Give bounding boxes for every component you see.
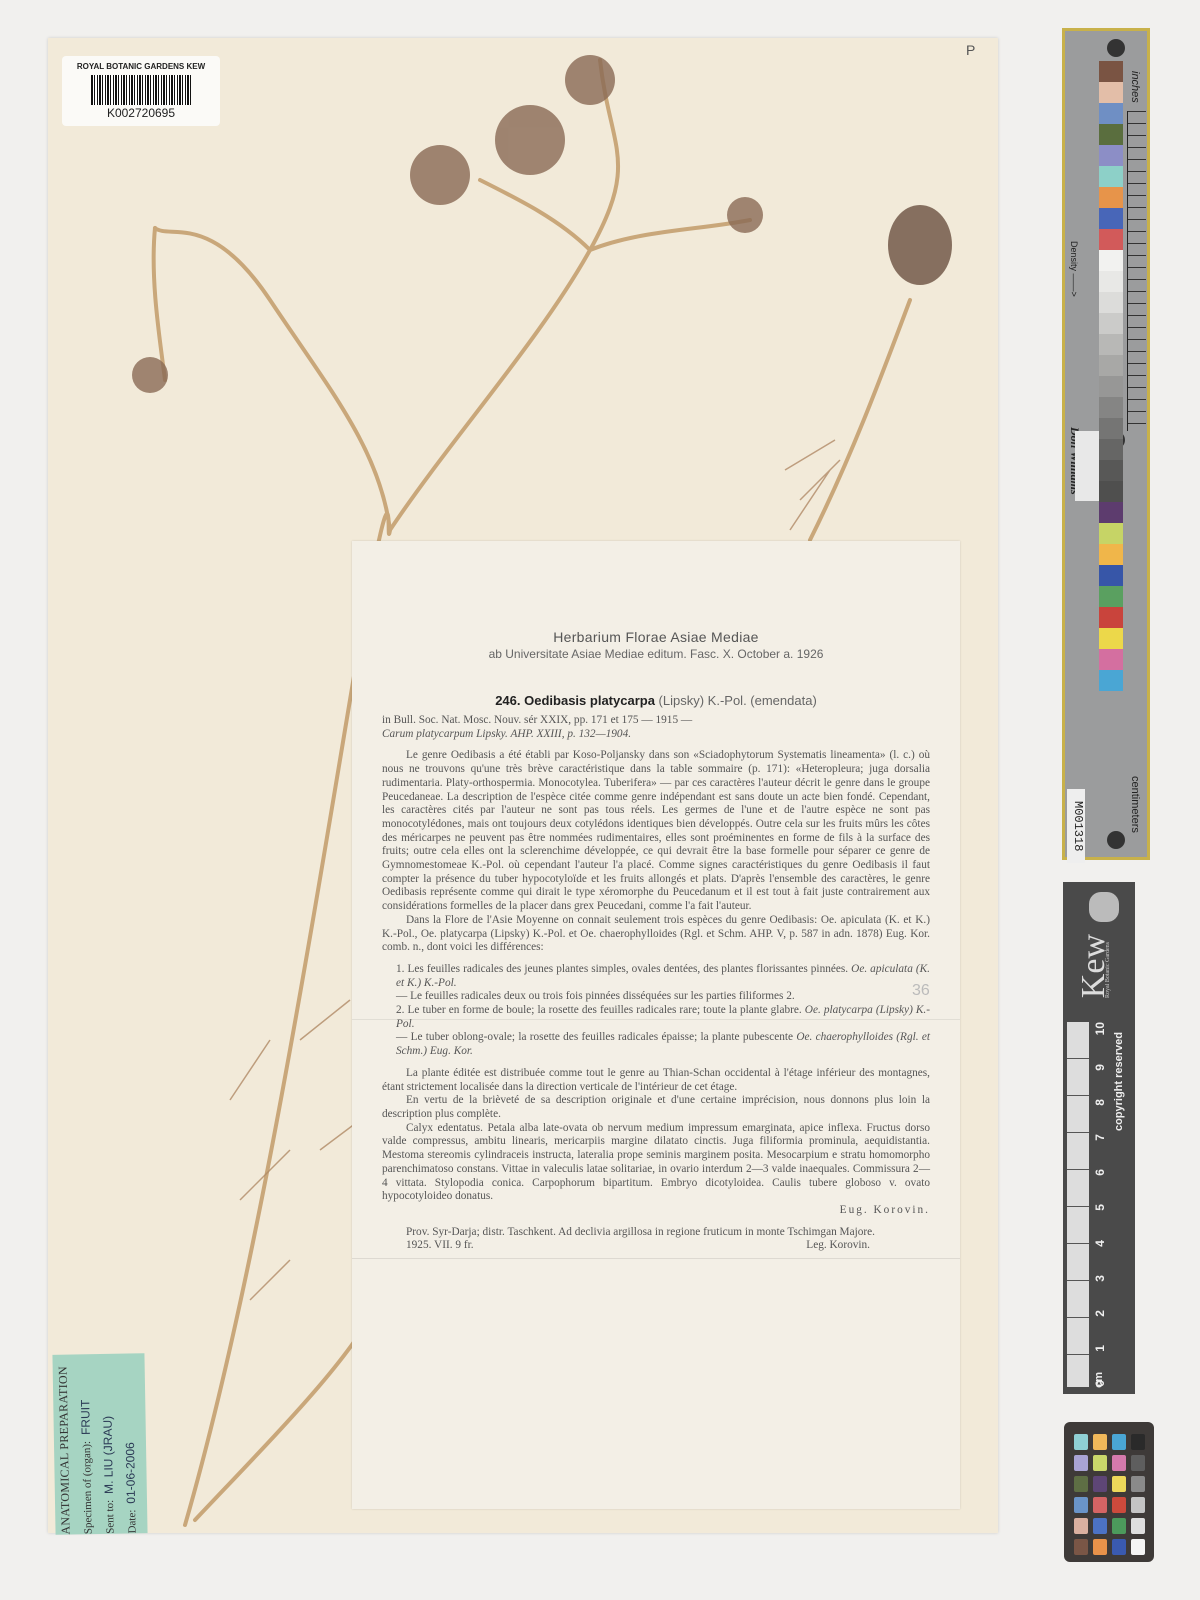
- color-swatch: [1099, 376, 1123, 397]
- color-swatch: [1099, 229, 1123, 250]
- printed-label: Herbarium Florae Asiae Mediae ab Univers…: [352, 541, 960, 1509]
- anat-heading: ANATOMICAL PREPARATION: [51, 1354, 76, 1534]
- color-swatch: [1099, 145, 1123, 166]
- color-patch: [1112, 1455, 1126, 1471]
- color-patch: [1112, 1476, 1126, 1492]
- genus-paragraph: Le genre Oedibasis a été établi par Koso…: [382, 749, 930, 913]
- color-swatch: [1099, 166, 1123, 187]
- density-label: Density ——>: [1069, 241, 1079, 297]
- color-patch: [1074, 1497, 1088, 1513]
- description-intro: En vertu de la brièveté de sa descriptio…: [382, 1094, 930, 1121]
- color-swatch: [1099, 271, 1123, 292]
- color-swatch: [1099, 607, 1123, 628]
- color-patch: [1074, 1434, 1088, 1450]
- cm-tick: 6: [1093, 1169, 1107, 1176]
- cm-tick: 3: [1093, 1275, 1107, 1282]
- anatomical-preparation-label: ANATOMICAL PREPARATION Specimen of (orga…: [52, 1353, 147, 1535]
- cm-tick: 9: [1093, 1064, 1107, 1071]
- color-swatch: [1099, 649, 1123, 670]
- color-swatch: [1099, 670, 1123, 691]
- description-author: Eug. Korovin.: [382, 1204, 930, 1218]
- kew-crest-icon: [1089, 892, 1119, 922]
- cm-unit: cm: [1093, 1372, 1105, 1388]
- color-swatch: [1099, 250, 1123, 271]
- color-patch: [1112, 1497, 1126, 1513]
- kew-scale-bar: Kew Royal Botanic Gardens 012345678910 c…: [1063, 882, 1135, 1394]
- species-number: 246.: [495, 693, 520, 708]
- color-swatch: [1099, 460, 1123, 481]
- key-item: 1. Les feuilles radicales des jeunes pla…: [396, 963, 930, 990]
- scale-code: M001318: [1067, 789, 1085, 863]
- color-patch: [1131, 1434, 1145, 1450]
- color-swatch: [1099, 544, 1123, 565]
- color-swatch: [1099, 334, 1123, 355]
- color-swatch: [1099, 82, 1123, 103]
- color-patch: [1074, 1455, 1088, 1471]
- hole-icon: [1107, 39, 1125, 57]
- cm-tick: 2: [1093, 1310, 1107, 1317]
- color-swatch: [1099, 292, 1123, 313]
- inch-ruler: [1127, 111, 1146, 431]
- color-swatch: [1099, 502, 1123, 523]
- species-authority: (Lipsky) K.-Pol. (emendata): [659, 693, 817, 708]
- color-swatch: [1099, 103, 1123, 124]
- color-swatch: [1099, 397, 1123, 418]
- species-paragraph: Dans la Flore de l'Asie Moyenne on conna…: [382, 914, 930, 955]
- color-swatch: [1099, 313, 1123, 334]
- color-swatch: [1099, 481, 1123, 502]
- color-patch: [1093, 1539, 1107, 1555]
- inches-label: inches: [1129, 71, 1141, 103]
- color-patch: [1131, 1518, 1145, 1534]
- distribution-paragraph: La plante éditée est distribuée comme to…: [382, 1067, 930, 1094]
- color-swatch: [1099, 439, 1123, 460]
- color-swatch: [1099, 187, 1123, 208]
- sent-to: M. LIU (JRAU): [101, 1416, 116, 1494]
- color-patch: [1131, 1455, 1145, 1471]
- specimen-organ: FRUIT: [78, 1400, 93, 1436]
- color-patch: [1131, 1476, 1145, 1492]
- color-patch: [1112, 1434, 1126, 1450]
- label-title: Herbarium Florae Asiae Mediae: [352, 629, 960, 645]
- cm-tick: 7: [1093, 1134, 1107, 1141]
- latin-description: Calyx edentatus. Petala alba late-ovata …: [382, 1122, 930, 1204]
- citation-1: in Bull. Soc. Nat. Mosc. Nouv. sér XXIX,…: [382, 714, 930, 728]
- color-patch: [1074, 1476, 1088, 1492]
- color-swatch: [1099, 61, 1123, 82]
- color-patch: [1093, 1455, 1107, 1471]
- color-patch: [1131, 1539, 1145, 1555]
- cm-tick: 1: [1093, 1345, 1107, 1352]
- label-subtitle: ab Universitate Asiae Mediae editum. Fas…: [352, 647, 960, 661]
- key-item: 2. Le tuber en forme de boule; la rosett…: [396, 1004, 930, 1031]
- color-patch: [1112, 1539, 1126, 1555]
- hole-icon: [1107, 831, 1125, 849]
- color-patch: [1093, 1476, 1107, 1492]
- label-body: in Bull. Soc. Nat. Mosc. Nouv. sér XXIX,…: [382, 714, 930, 1253]
- anat-date: 01-06-2006: [123, 1442, 138, 1504]
- color-patch: [1112, 1518, 1126, 1534]
- copyright-label: copyright reserved: [1113, 1032, 1125, 1131]
- cm-ticks: 012345678910: [1093, 1022, 1107, 1387]
- kew-subtitle: Royal Botanic Gardens: [1105, 942, 1111, 998]
- color-checker: [1064, 1422, 1154, 1562]
- color-swatch: [1099, 418, 1123, 439]
- locality: Prov. Syr-Darja; distr. Taschkent. Ad de…: [382, 1226, 930, 1240]
- color-patch: [1131, 1497, 1145, 1513]
- cm-ruler: [1067, 1022, 1089, 1387]
- identification-key: 1. Les feuilles radicales des jeunes pla…: [382, 963, 930, 1059]
- color-swatch: [1099, 628, 1123, 649]
- color-patch: [1074, 1539, 1088, 1555]
- species-name: Oedibasis platycarpa: [524, 693, 655, 708]
- color-swatch: [1099, 355, 1123, 376]
- citation-2: Carum platycarpum Lipsky. AHP. XXIII, p.…: [382, 728, 930, 742]
- key-item: — Le tuber oblong-ovale; la rosette des …: [396, 1031, 930, 1058]
- color-swatch: [1099, 523, 1123, 544]
- color-swatch: [1099, 586, 1123, 607]
- color-swatch: [1099, 124, 1123, 145]
- color-patch: [1093, 1497, 1107, 1513]
- color-patch: [1074, 1518, 1088, 1534]
- color-patch: [1093, 1518, 1107, 1534]
- cm-tick: 5: [1093, 1204, 1107, 1211]
- color-swatch: [1099, 565, 1123, 586]
- color-swatches: [1099, 61, 1123, 691]
- key-item: — Le feuilles radicales deux ou trois fo…: [396, 990, 930, 1004]
- cm-tick: 10: [1093, 1022, 1107, 1035]
- color-swatch: [1099, 208, 1123, 229]
- color-scale-bar: inches Density ——> Don Williams centimet…: [1062, 28, 1150, 860]
- cm-tick: 8: [1093, 1099, 1107, 1106]
- collector: Leg. Korovin.: [806, 1239, 870, 1253]
- color-patch: [1093, 1434, 1107, 1450]
- centimeters-label: centimeters: [1129, 776, 1141, 833]
- collection-date: 1925. VII. 9 fr.: [406, 1239, 474, 1253]
- cm-tick: 4: [1093, 1240, 1107, 1247]
- species-heading: 246. Oedibasis platycarpa (Lipsky) K.-Po…: [352, 693, 960, 708]
- pencil-number: 36: [912, 982, 930, 1000]
